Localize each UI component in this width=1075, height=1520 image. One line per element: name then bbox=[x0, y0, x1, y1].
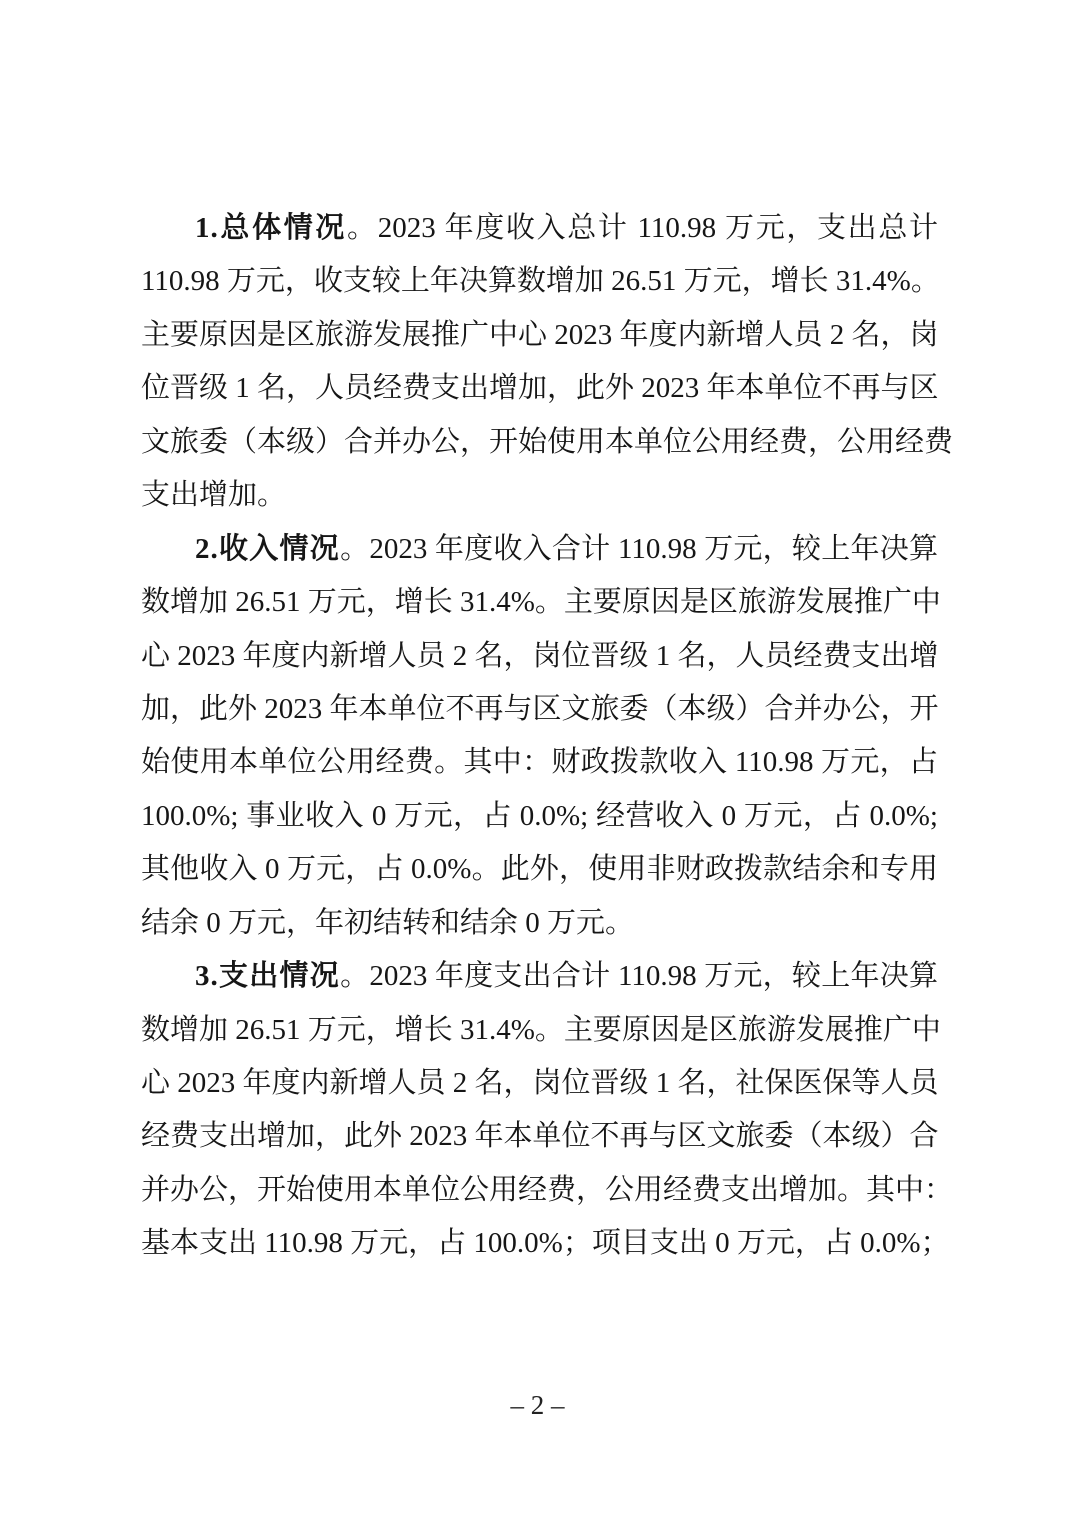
text-line: 主要原因是区旅游发展推广中心 2023 年度内新增人员 2 名，岗 bbox=[141, 309, 938, 362]
text-line: 1.总体情况。2023 年度收入总计 110.98 万元，支出总计 bbox=[141, 202, 938, 255]
line-text: 。2023 年度收入总计 110.98 万元，支出总计 bbox=[347, 212, 938, 244]
section-heading: 3.支出情况 bbox=[195, 960, 340, 992]
text-line: 文旅委（本级）合并办公，开始使用本单位公用经费，公用经费 bbox=[141, 416, 938, 469]
text-line: 2.收入情况。2023 年度收入合计 110.98 万元，较上年决算 bbox=[141, 523, 938, 576]
document-page: 1.总体情况。2023 年度收入总计 110.98 万元，支出总计 110.98… bbox=[0, 0, 1075, 1520]
text-block: 1.总体情况。2023 年度收入总计 110.98 万元，支出总计 110.98… bbox=[141, 202, 938, 1271]
text-line: 数增加 26.51 万元，增长 31.4%。主要原因是区旅游发展推广中 bbox=[141, 576, 938, 629]
text-line: 加，此外 2023 年本单位不再与区文旅委（本级）合并办公，开 bbox=[141, 683, 938, 736]
paragraph-overview: 1.总体情况。2023 年度收入总计 110.98 万元，支出总计 110.98… bbox=[141, 202, 938, 523]
text-line: 基本支出 110.98 万元，占 100.0%；项目支出 0 万元，占 0.0%… bbox=[141, 1217, 938, 1270]
section-heading: 2.收入情况 bbox=[195, 533, 340, 565]
text-line: 始使用本单位公用经费。其中：财政拨款收入 110.98 万元，占 bbox=[141, 736, 938, 789]
text-line: 位晋级 1 名，人员经费支出增加，此外 2023 年本单位不再与区 bbox=[141, 362, 938, 415]
line-text: 。2023 年度收入合计 110.98 万元，较上年决算 bbox=[340, 533, 938, 565]
text-line: 结余 0 万元，年初结转和结余 0 万元。 bbox=[141, 897, 938, 950]
line-text: 。2023 年度支出合计 110.98 万元，较上年决算 bbox=[340, 960, 938, 992]
text-line: 经费支出增加，此外 2023 年本单位不再与区文旅委（本级）合 bbox=[141, 1110, 938, 1163]
text-line: 110.98 万元，收支较上年决算数增加 26.51 万元，增长 31.4%。 bbox=[141, 255, 938, 308]
text-line: 3.支出情况。2023 年度支出合计 110.98 万元，较上年决算 bbox=[141, 950, 938, 1003]
text-line: 心 2023 年度内新增人员 2 名，岗位晋级 1 名，社保医保等人员 bbox=[141, 1057, 938, 1110]
page-number: – 2 – bbox=[0, 1390, 1075, 1421]
text-line: 100.0%; 事业收入 0 万元，占 0.0%; 经营收入 0 万元，占 0.… bbox=[141, 790, 938, 843]
text-line: 心 2023 年度内新增人员 2 名，岗位晋级 1 名，人员经费支出增 bbox=[141, 630, 938, 683]
text-line: 数增加 26.51 万元，增长 31.4%。主要原因是区旅游发展推广中 bbox=[141, 1004, 938, 1057]
paragraph-income: 2.收入情况。2023 年度收入合计 110.98 万元，较上年决算 数增加 2… bbox=[141, 523, 938, 951]
text-line: 其他收入 0 万元，占 0.0%。此外，使用非财政拨款结余和专用 bbox=[141, 843, 938, 896]
text-line: 并办公，开始使用本单位公用经费，公用经费支出增加。其中： bbox=[141, 1164, 938, 1217]
text-line: 支出增加。 bbox=[141, 469, 938, 522]
paragraph-expenditure: 3.支出情况。2023 年度支出合计 110.98 万元，较上年决算 数增加 2… bbox=[141, 950, 938, 1271]
section-heading: 1.总体情况 bbox=[195, 212, 347, 244]
